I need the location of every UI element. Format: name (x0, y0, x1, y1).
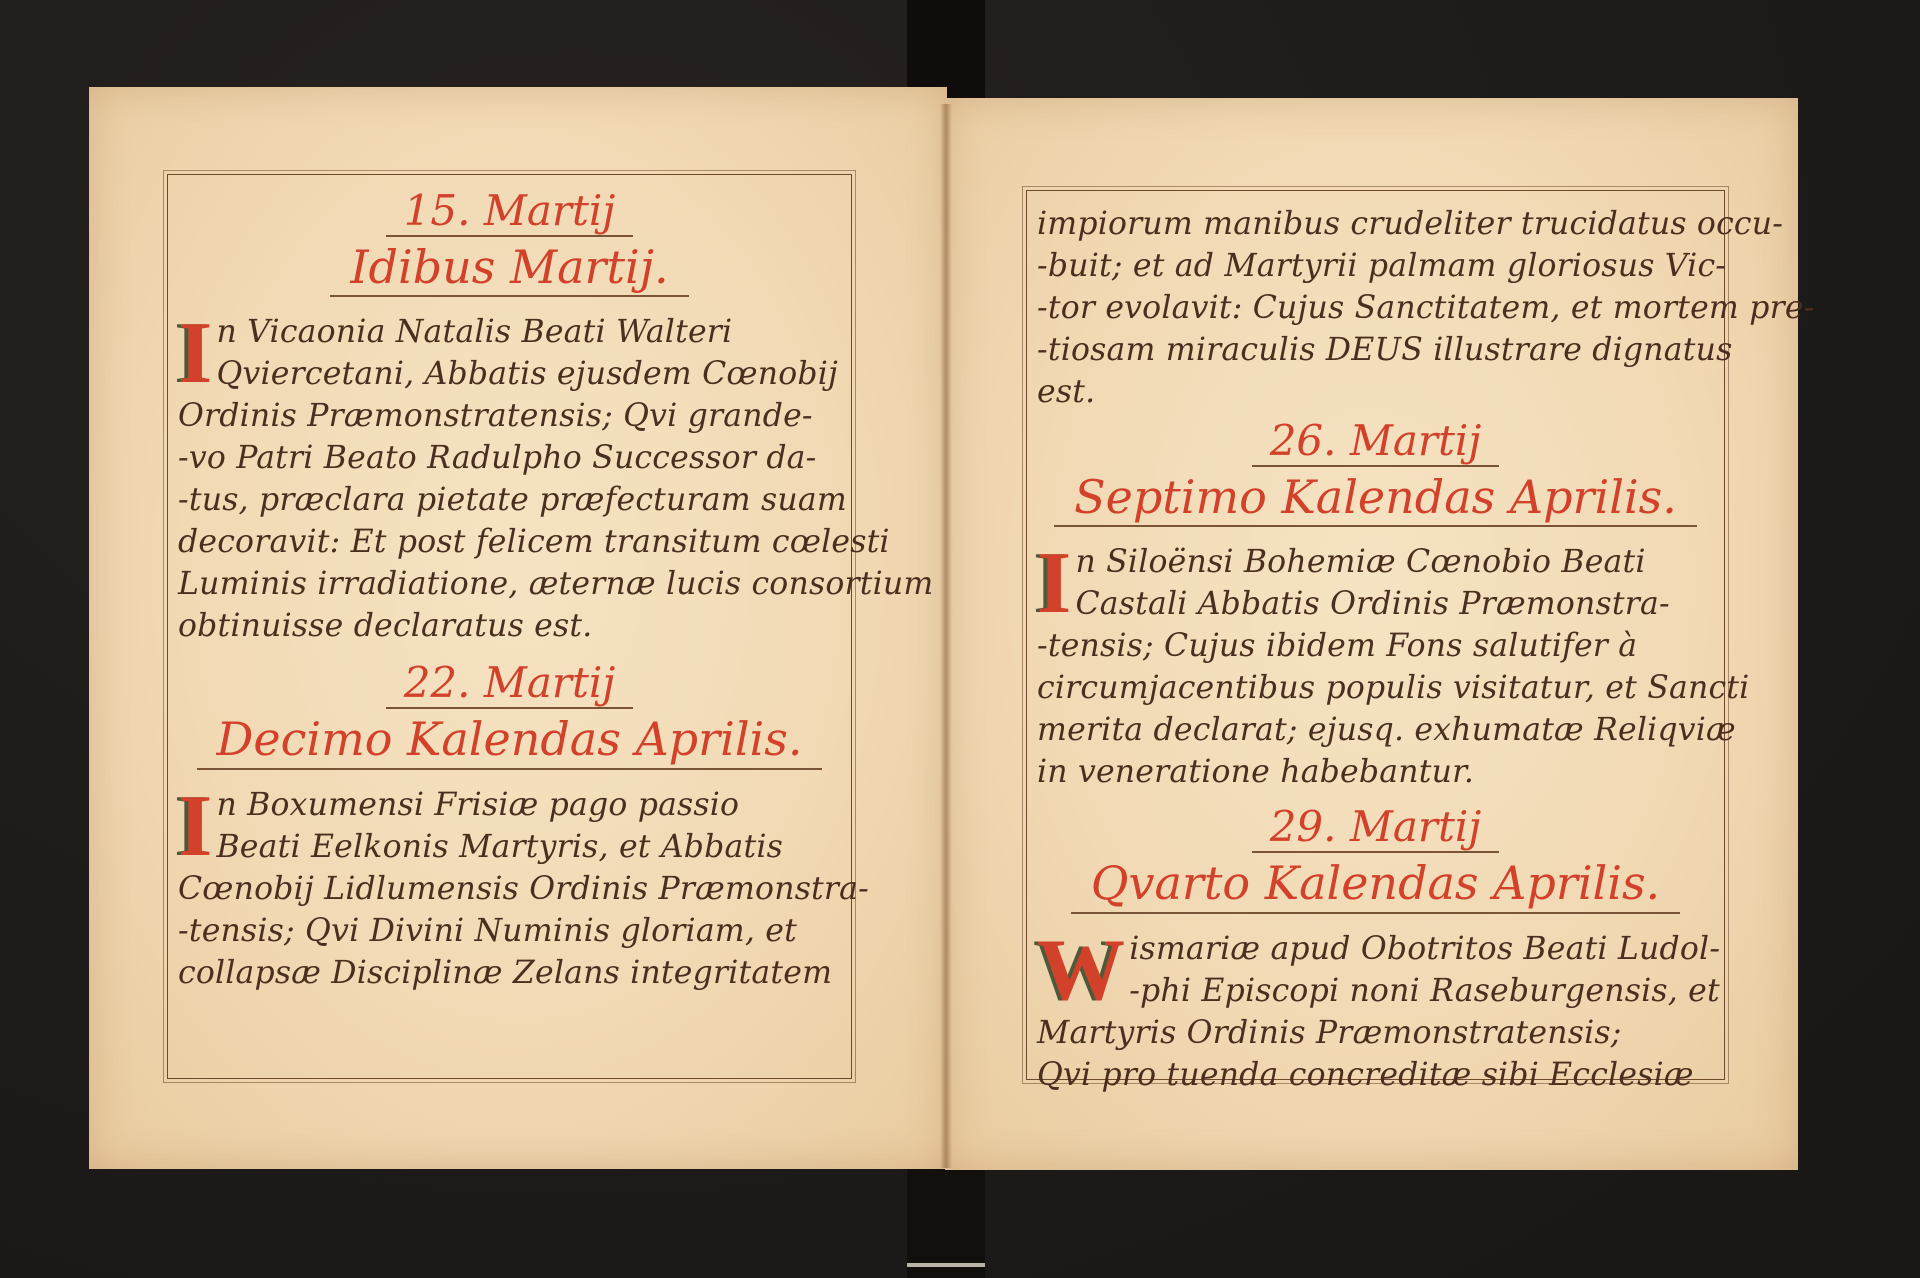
right-text-frame: impiorum manibus crudeliter trucidatus o… (1026, 190, 1725, 1080)
text-line: n Vicaonia Natalis Beati Walteri (178, 311, 841, 353)
entry-roman-date: Decimo Kalendas Aprilis. (197, 713, 823, 769)
text-line: -tensis; Cujus ibidem Fons salutifer à (1037, 625, 1714, 667)
text-line: Qvi pro tuenda concreditæ sibi Ecclesiæ (1037, 1054, 1714, 1096)
text-line: circumjacentibus populis visitatur, et S… (1037, 667, 1714, 709)
text-line: -vo Patri Beato Radulpho Successor da- (178, 437, 841, 479)
entry-heading-29-martij: 29. Martij Qvarto Kalendas Aprilis. (1037, 805, 1714, 913)
text-line: merita declarat; ejusq. exhumatæ Reliqvi… (1037, 709, 1714, 751)
illuminated-initial: I (1037, 545, 1071, 623)
text-line: -tiosam miraculis DEUS illustrare dignat… (1037, 329, 1714, 371)
text-line: Beati Eelkonis Martyris, et Abbatis (178, 826, 841, 868)
text-line: collapsæ Disciplinæ Zelans integritatem (178, 952, 841, 994)
entry-heading-26-martij: 26. Martij Septimo Kalendas Aprilis. (1037, 419, 1714, 527)
text-line: impiorum manibus crudeliter trucidatus o… (1037, 203, 1714, 245)
entry-roman-date: Septimo Kalendas Aprilis. (1054, 471, 1697, 527)
left-text-frame: 15. Martij Idibus Martij. I n Vicaonia N… (167, 174, 852, 1079)
entry-heading-22-martij: 22. Martij Decimo Kalendas Aprilis. (178, 661, 841, 769)
text-line: obtinuisse declaratus est. (178, 605, 841, 647)
text-line: Martyris Ordinis Præmonstratensis; (1037, 1012, 1714, 1054)
illuminated-initial: I (178, 315, 212, 393)
entry-date: 29. Martij (1252, 805, 1500, 853)
right-page: impiorum manibus crudeliter trucidatus o… (945, 98, 1798, 1170)
text-line: -tus, præclara pietate præfecturam suam (178, 479, 841, 521)
text-line: -tensis; Qvi Divini Numinis gloriam, et (178, 910, 841, 952)
illuminated-initial: W (1037, 932, 1125, 1010)
text-line: ismariæ apud Obotritos Beati Ludol- (1037, 928, 1714, 970)
entry-date: 26. Martij (1252, 419, 1500, 467)
text-line: Qviercetani, Abbatis ejusdem Cœnobij (178, 353, 841, 395)
text-line: n Siloënsi Bohemiæ Cœnobio Beati (1037, 541, 1714, 583)
text-line: Castali Abbatis Ordinis Præmonstra- (1037, 583, 1714, 625)
text-line: decoravit: Et post felicem transitum cœl… (178, 521, 841, 563)
entry-text-eelkonis: I n Boxumensi Frisiæ pago passio Beati E… (178, 784, 841, 994)
spine-bottom (907, 1168, 985, 1278)
right-page-content: impiorum manibus crudeliter trucidatus o… (1037, 199, 1714, 1096)
text-line: Luminis irradiatione, æternæ lucis conso… (178, 563, 841, 605)
text-line: est. (1037, 371, 1714, 413)
text-line: in veneratione habebantur. (1037, 751, 1714, 793)
text-line: Cœnobij Lidlumensis Ordinis Præmonstra- (178, 868, 841, 910)
entry-text-walteri: I n Vicaonia Natalis Beati Walteri Qvier… (178, 311, 841, 647)
left-page: 15. Martij Idibus Martij. I n Vicaonia N… (89, 87, 947, 1169)
continuation-text: impiorum manibus crudeliter trucidatus o… (1037, 203, 1714, 413)
entry-date: 15. Martij (386, 189, 634, 237)
text-line: -tor evolavit: Cujus Sanctitatem, et mor… (1037, 287, 1714, 329)
text-line: -phi Episcopi noni Raseburgensis, et (1037, 970, 1714, 1012)
entry-text-castali: I n Siloënsi Bohemiæ Cœnobio Beati Casta… (1037, 541, 1714, 793)
entry-roman-date: Idibus Martij. (330, 241, 688, 297)
book-gutter (940, 104, 952, 1168)
text-line: -buit; et ad Martyrii palmam gloriosus V… (1037, 245, 1714, 287)
entry-roman-date: Qvarto Kalendas Aprilis. (1071, 857, 1680, 913)
entry-text-ludolphi: W ismariæ apud Obotritos Beati Ludol- -p… (1037, 928, 1714, 1096)
left-page-content: 15. Martij Idibus Martij. I n Vicaonia N… (178, 183, 841, 994)
entry-date: 22. Martij (386, 661, 634, 709)
text-line: n Boxumensi Frisiæ pago passio (178, 784, 841, 826)
text-line: Ordinis Præmonstratensis; Qvi grande- (178, 395, 841, 437)
entry-heading-15-martij: 15. Martij Idibus Martij. (178, 189, 841, 297)
illuminated-initial: I (178, 788, 212, 866)
